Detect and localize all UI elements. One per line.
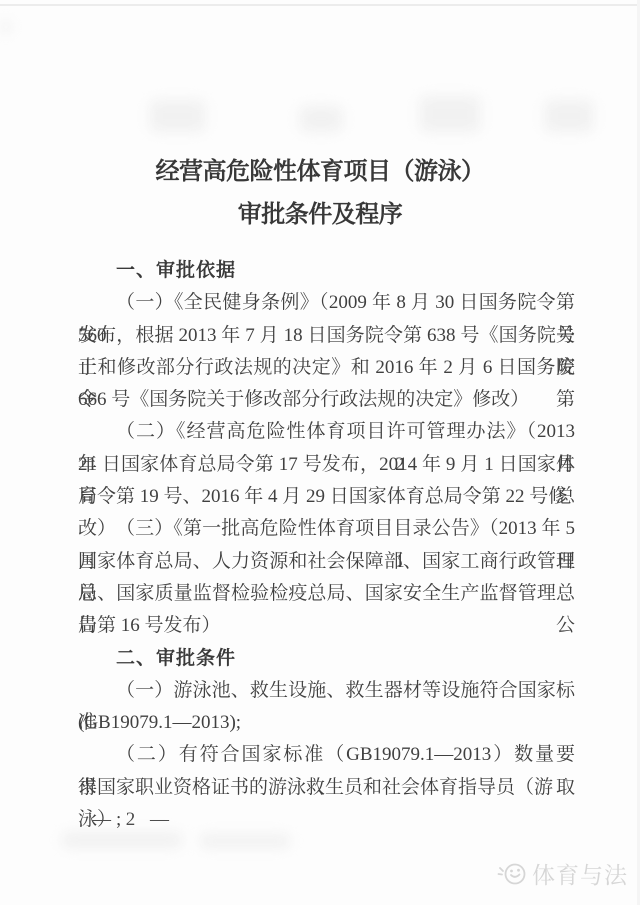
doc-line: 666 号《国务院关于修改部分行政法规的决定》修改） [78, 384, 575, 416]
scan-top-edge-line [0, 4, 640, 6]
document-title-line2: 审批条件及程序 [0, 194, 640, 229]
scan-ghost-artifact [545, 100, 593, 132]
section-heading: 二、审批条件 [78, 643, 575, 675]
document-title-line1: 经营高危险性体育项目（游泳） [0, 151, 640, 186]
doc-line: （三）《第一批高危险性体育项目目录公告》（2013 年 5 月 1 日 [78, 513, 575, 545]
doc-line: 发布，根据 2013 年 7 月 18 日国务院令第 638 号《国务院关于废 [78, 320, 575, 352]
doc-line: （二）有符合国家标准（GB19079.1—2013）数量要求、取 [78, 739, 575, 771]
watermark: 体育与法 [497, 857, 628, 890]
scan-ghost-artifact [0, 22, 12, 32]
doc-line: （一）《全民健身条例》（2009 年 8 月 30 日国务院令第 560 号 [78, 287, 575, 319]
doc-line: 21 日国家体育总局令第 17 号发布，2014 年 9 月 1 日国家体育总 [78, 449, 575, 481]
doc-line: （一）游泳池、救生设施、救生器材等设施符合国家标准 [78, 675, 575, 707]
section-heading: 一、审批依据 [78, 255, 575, 287]
doc-line: (GB19079.1—2013); [78, 707, 575, 739]
doc-line: 得国家职业资格证书的游泳救生员和社会体育指导员（游泳）; [78, 772, 575, 804]
watermark-text: 体育与法 [532, 857, 628, 890]
scan-ghost-artifact [420, 96, 480, 132]
page-number: — 2 — [78, 804, 575, 836]
doc-line: （二）《经营高危险性体育项目许可管理办法》（2013 年 2 月 [78, 416, 575, 448]
scan-ghost-artifact [300, 106, 342, 132]
document-body: 一、审批依据（一）《全民健身条例》（2009 年 8 月 30 日国务院令第 5… [78, 255, 575, 836]
scan-ghost-artifact [150, 100, 205, 132]
doc-line: 止和修改部分行政法规的决定》和 2016 年 2 月 6 日国务院令第 [78, 352, 575, 384]
doc-line: 局令第 19 号、2016 年 4 月 29 日国家体育总局令第 22 号修改） [78, 481, 575, 513]
doc-line: 国家体育总局、人力资源和社会保障部、国家工商行政管理总 [78, 546, 575, 578]
moon-face-icon [497, 861, 529, 887]
document-page: 经营高危险性体育项目（游泳） 审批条件及程序 一、审批依据（一）《全民健身条例》… [0, 0, 640, 905]
doc-line: 局、国家质量监督检验检疫总局、国家安全生产监督管理总局公 [78, 578, 575, 610]
